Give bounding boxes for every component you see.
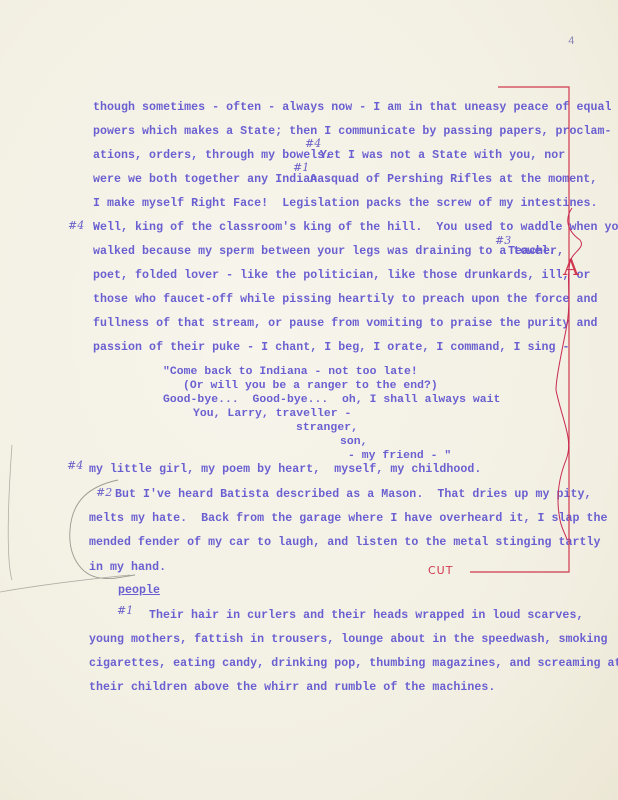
body-line: were we both together any Indiana.	[93, 173, 331, 186]
annotation-mark-1: #1	[293, 161, 309, 174]
pencil-margin-line	[8, 445, 12, 580]
annotation-mark-1: #1	[117, 604, 133, 617]
body-line: young mothers, fattish in trousers, loun…	[89, 633, 608, 646]
verse-line: stranger,	[296, 422, 358, 434]
body-line: walked because my sperm between your leg…	[93, 245, 556, 258]
verse-line: "Come back to Indiana - not too late!	[163, 366, 418, 378]
body-line: A squad of Pershing Rifles at the moment…	[310, 173, 597, 186]
body-line: my little girl, my poem by heart, myself…	[89, 463, 481, 476]
body-line: though sometimes - often - always now - …	[93, 101, 612, 114]
verse-line: son,	[340, 436, 368, 448]
pencil-stroke	[0, 575, 130, 592]
section-heading: people	[118, 584, 160, 597]
body-line: melts my hate. Back from the garage wher…	[89, 512, 608, 525]
cut-annotation: CUT	[428, 564, 453, 577]
body-line: fullness of that stream, or pause from v…	[93, 317, 598, 330]
body-line: Their hair in curlers and their heads wr…	[149, 609, 583, 622]
body-line: Well, king of the classroom's king of th…	[93, 221, 618, 234]
verse-line: You, Larry, traveller -	[193, 408, 351, 420]
verse-line: (Or will you be a ranger to the end?)	[183, 380, 438, 392]
page-number: 4	[568, 36, 575, 48]
typescript-page: 4 though sometimes - often - always now …	[0, 0, 618, 800]
annotation-mark-4: #4	[68, 219, 84, 232]
body-line: poet, folded lover - like the politician…	[93, 269, 591, 282]
body-line: cigarettes, eating candy, drinking pop, …	[89, 657, 618, 670]
body-line: in my hand.	[89, 561, 166, 574]
body-line: Yet I was not a State with you, nor	[320, 149, 565, 162]
annotation-mark-2: #2	[96, 486, 112, 499]
annotation-mark-4: #4	[305, 137, 321, 150]
body-line: But I've heard Batista described as a Ma…	[115, 488, 592, 501]
body-line: powers which makes a State; then I commu…	[93, 125, 612, 138]
body-line: their children above the whirr and rumbl…	[89, 681, 495, 694]
body-line: mended fender of my car to laugh, and li…	[89, 536, 601, 549]
body-line: I make myself Right Face! Legislation pa…	[93, 197, 598, 210]
body-line: Teacher,	[508, 245, 564, 258]
body-line: passion of their puke - I chant, I beg, …	[93, 341, 570, 354]
verse-line: - my friend - "	[348, 450, 451, 462]
body-line: those who faucet-off while pissing heart…	[93, 293, 598, 306]
margin-letter-a: A	[563, 256, 579, 281]
verse-line: Good-bye... Good-bye... oh, I shall alwa…	[163, 394, 500, 406]
annotation-mark-4: #4	[67, 459, 83, 472]
